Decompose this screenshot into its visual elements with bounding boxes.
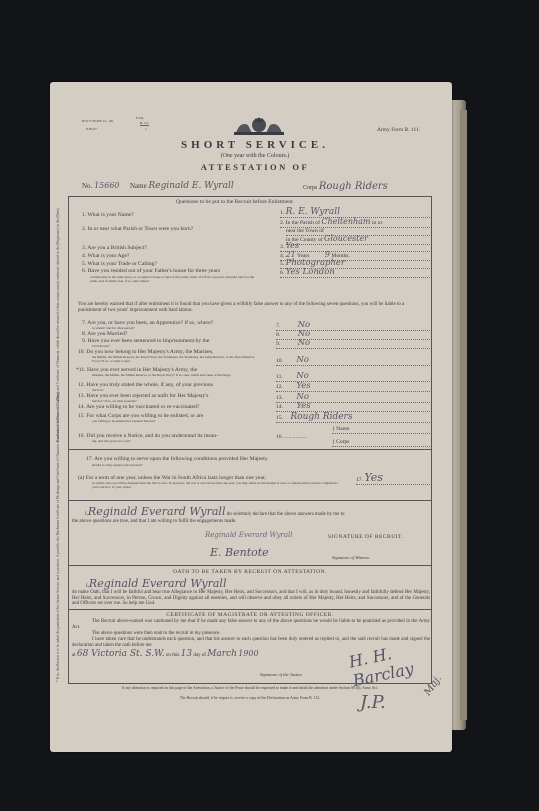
question-17-subtext: should so long require your services? [92, 463, 143, 467]
number-label: No. [82, 182, 92, 190]
attestation-day: 13 [181, 649, 192, 659]
question-1: 1. What is your Name? [82, 212, 134, 219]
footer-alteration-note: If any alteration is required on this pa… [90, 686, 410, 691]
army-form-number: Army Form B. 111. [377, 128, 420, 133]
question-14: 14. Are you willing to be vaccinated or … [78, 404, 199, 411]
page-stack-edge-inner [460, 110, 467, 720]
form-subtitle: (One year with the Colours.) [130, 153, 380, 159]
recruit-signature-label: SIGNATURE OF RECRUIT. [328, 534, 403, 540]
oath-text: do make Oath, that I will be faithful an… [72, 590, 430, 607]
witness-signature: E. Bentote [210, 546, 269, 559]
name-line: Name Reginald E. Wyrall [130, 181, 234, 191]
certificate-para-2: The above questions were then read to th… [92, 631, 220, 636]
certificate-place-date-line: at 68 Victoria St. S.W. on this 13 day o… [72, 649, 259, 659]
divider [68, 609, 432, 610]
margin-note-bottom: * If so, the Recruit is to be asked the … [56, 392, 60, 682]
recruit-signature: Reginald Everard Wyrall [205, 531, 293, 539]
corps-line: Corps Rough Riders [303, 181, 388, 192]
attestation-month: March [207, 649, 237, 659]
declaration-line-2: the above questions are true, and that I… [72, 519, 236, 524]
question-16-subtext: ing, and who gave it to you? [92, 439, 131, 443]
print-code-2: 8-59-67 [86, 127, 97, 131]
footer-copy-note: The Recruit should, if he require it, re… [90, 696, 410, 700]
declaration-name: Reginald Everard Wyrall [88, 505, 226, 518]
divider [68, 449, 432, 450]
question-3: 3. Are you a British Subject? [82, 245, 147, 252]
answer-10: 10. No [276, 357, 430, 366]
attestation-year: 1900 [238, 649, 258, 658]
witness-signature-label: Signature of Witness. [332, 555, 370, 560]
justice-signature-label: Signature of the Justice [260, 672, 302, 677]
record-line: No. 15660 [82, 181, 120, 190]
question-17: 17. Are you willing to serve upon the fo… [86, 456, 268, 463]
certificate-heading: CERTIFICATE OF MAGISTRATE OR ATTESTING O… [68, 612, 432, 618]
attestation-heading: ATTESTATION OF [130, 162, 380, 172]
question-2: 2. In or near what Parish or Town were y… [82, 226, 193, 233]
form-ref-bottom: 1 [145, 127, 147, 131]
question-8: 8. Are you Married? [82, 331, 127, 338]
oath-heading: OATH TO BE TAKEN BY RECRUIT ON ATTESTATI… [68, 569, 432, 575]
question-6-subtext: continuously in the same place, or occup… [90, 275, 260, 283]
answer-2-parish: 2. In the Parish of Cheltenham in or [280, 219, 430, 228]
answer-17: 17. Yes [356, 475, 430, 485]
name-label: Name [130, 182, 147, 190]
answer-12: 12. Yes [276, 383, 430, 392]
divider [68, 500, 432, 501]
answer-9: 9. No [276, 340, 430, 349]
corps-value: Rough Riders [319, 181, 388, 192]
question-17a-subtext: in which case you will be detained until… [92, 481, 342, 489]
question-11-subtext: Marines, the Militia, the Militia Reserv… [92, 373, 262, 377]
declaration-line: I,Reginald Everard Wyrall do solemnly de… [85, 505, 344, 518]
question-5: 5. What is your Trade or Calling? [82, 261, 157, 268]
form-title: SHORT SERVICE. [130, 139, 380, 151]
recruit-name: Reginald E. Wyrall [148, 181, 233, 191]
answer-16-corps: { Corps [332, 439, 430, 447]
question-7-subtext: to whom? and for what period? [92, 326, 134, 330]
answer-16: 16. ................ [276, 434, 307, 441]
question-6: 6. Have you resided out of your Father's… [82, 268, 220, 275]
oath-name-line: I,Reginald Everard Wyrall [86, 577, 226, 590]
form-ref-top: Form [136, 116, 143, 120]
form-ref-mid: B. 111 [140, 121, 149, 126]
answer-15: 15. Rough Riders [276, 414, 430, 423]
divider [68, 565, 432, 566]
answer-14: 14. Yes [276, 403, 430, 412]
answer-6: 6. Yes London [280, 269, 430, 278]
attestation-place: 68 Victoria St. S.W. [77, 649, 165, 659]
attestation-form-page: Parchment Certificate of Discharge and C… [50, 82, 452, 752]
attestation-number: 15660 [94, 181, 119, 190]
corps-label: Corps [303, 185, 317, 191]
certificate-para-1: The Recruit above-named was cautioned by… [72, 619, 430, 630]
question-4: 4. What is your Age? [82, 253, 129, 260]
question-12-subtext: Service? [92, 388, 104, 392]
question-15-subtext: you willing to be enlisted for General S… [92, 419, 155, 423]
royal-coat-of-arms-icon [230, 117, 288, 135]
oath-name: Reginald Everard Wyrall [89, 577, 227, 590]
answer-16-name: { Name [332, 426, 430, 434]
print-code: H W V 80,000 12—99. [82, 119, 114, 123]
question-13-subtext: Service? If so, on what grounds? [92, 399, 136, 403]
question-9-subtext: Civil Power? [92, 344, 110, 348]
question-10-subtext: the Militia, the Militia Reserve, the Ro… [92, 355, 262, 363]
warning-text: You are hereby warned that if after enli… [78, 302, 428, 314]
questions-heading: Questions to be put to the Recruit befor… [110, 199, 360, 206]
answer-3: 3. Yes [280, 243, 430, 252]
